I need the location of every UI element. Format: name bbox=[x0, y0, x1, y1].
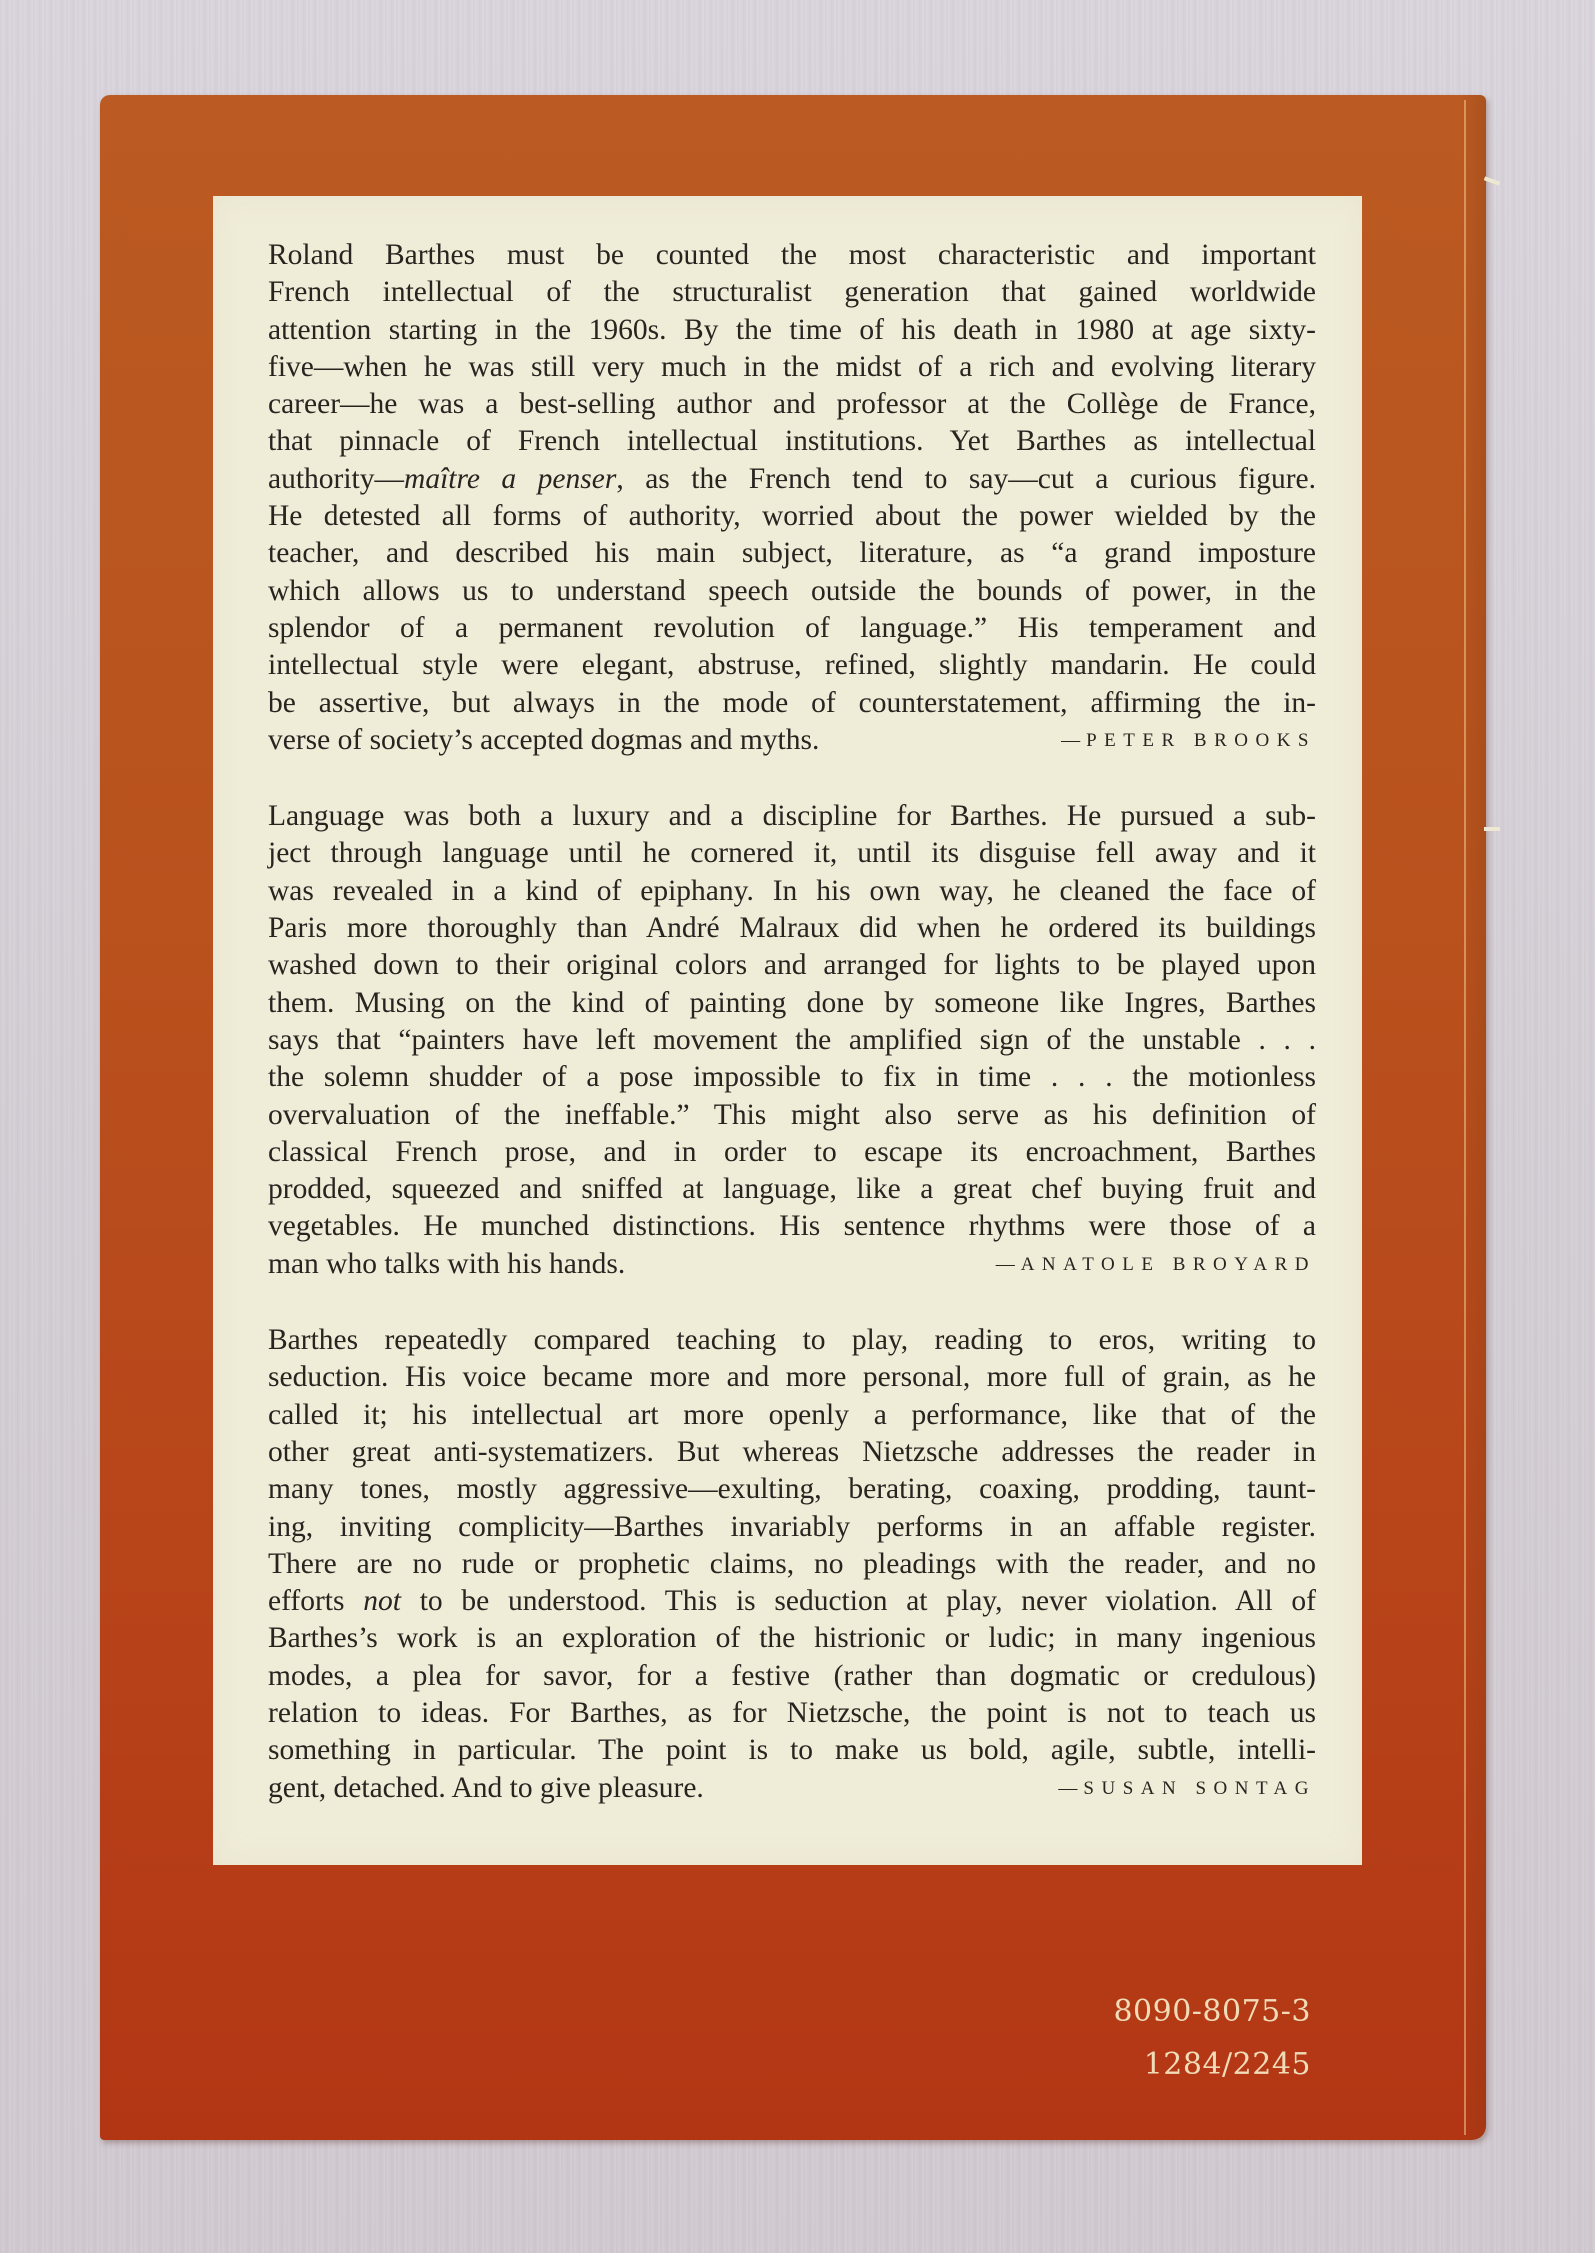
text-line: modes, a plea for savor, for a festive (… bbox=[268, 1658, 1316, 1695]
line-text: relation to ideas. For Barthes, as for N… bbox=[268, 1695, 1316, 1732]
line-text: ing, inviting complicity—Barthes invaria… bbox=[268, 1509, 1316, 1546]
text-line: authority—maître a penser, as the French… bbox=[268, 461, 1316, 498]
text-line: the solemn shudder of a pose impossible … bbox=[268, 1059, 1316, 1096]
line-text: says that “painters have left movement t… bbox=[268, 1022, 1316, 1059]
line-text: He detested all forms of authority, worr… bbox=[268, 498, 1316, 535]
text-line: vegetables. He munched distinctions. His… bbox=[268, 1208, 1316, 1245]
line-text: Barthes’s work is an exploration of the … bbox=[268, 1620, 1316, 1657]
text-line: classical French prose, and in order to … bbox=[268, 1134, 1316, 1171]
text-line: career—he was a best-selling author and … bbox=[268, 386, 1316, 423]
text-line: called it; his intellectual art more ope… bbox=[268, 1397, 1316, 1434]
line-text: was revealed in a kind of epiphany. In h… bbox=[268, 873, 1316, 910]
line-text: vegetables. He munched distinctions. His… bbox=[268, 1208, 1316, 1245]
line-text: be assertive, but always in the mode of … bbox=[268, 685, 1316, 722]
line-text: Roland Barthes must be counted the most … bbox=[268, 237, 1316, 274]
line-text: intellectual style were elegant, abstrus… bbox=[268, 647, 1316, 684]
text-line: Language was both a luxury and a discipl… bbox=[268, 798, 1316, 835]
text-line: overvaluation of the ineffable.” This mi… bbox=[268, 1097, 1316, 1134]
text-line: that pinnacle of French intellectual ins… bbox=[268, 423, 1316, 460]
text-line: prodded, squeezed and sniffed at languag… bbox=[268, 1171, 1316, 1208]
attribution: —ANATOLE BROYARD bbox=[996, 1246, 1316, 1285]
line-text: prodded, squeezed and sniffed at languag… bbox=[268, 1171, 1316, 1208]
text-line: relation to ideas. For Barthes, as for N… bbox=[268, 1695, 1316, 1732]
line-text: washed down to their original colors and… bbox=[268, 947, 1316, 984]
text-line: Barthes’s work is an exploration of the … bbox=[268, 1620, 1316, 1657]
text-line: Roland Barthes must be counted the most … bbox=[268, 237, 1316, 274]
text-line: something in particular. The point is to… bbox=[268, 1732, 1316, 1769]
text-line: He detested all forms of authority, worr… bbox=[268, 498, 1316, 535]
text-line: man who talks with his hands.—ANATOLE BR… bbox=[268, 1246, 1316, 1285]
line-text: ject through language until he cornered … bbox=[268, 835, 1316, 872]
line-text: many tones, mostly aggressive—exulting, … bbox=[268, 1471, 1316, 1508]
line-text: called it; his intellectual art more ope… bbox=[268, 1397, 1316, 1434]
line-text: the solemn shudder of a pose impossible … bbox=[268, 1059, 1316, 1096]
line-text: gent, detached. And to give pleasure. bbox=[268, 1770, 704, 1809]
line-text: verse of society’s accepted dogmas and m… bbox=[268, 722, 819, 761]
line-text: Barthes repeatedly compared teaching to … bbox=[268, 1322, 1316, 1359]
line-text: that pinnacle of French intellectual ins… bbox=[268, 423, 1316, 460]
text-line: intellectual style were elegant, abstrus… bbox=[268, 647, 1316, 684]
isbn-number: 8090-8075-3 bbox=[1113, 1985, 1311, 2038]
line-text: modes, a plea for savor, for a festive (… bbox=[268, 1658, 1316, 1695]
jacket-wear-mark bbox=[1484, 176, 1500, 185]
line-text: efforts not to be understood. This is se… bbox=[268, 1583, 1316, 1620]
text-line: teacher, and described his main subject,… bbox=[268, 535, 1316, 572]
line-text: There are no rude or prophetic claims, n… bbox=[268, 1546, 1316, 1583]
text-line: French intellectual of the structuralist… bbox=[268, 274, 1316, 311]
text-line: Barthes repeatedly compared teaching to … bbox=[268, 1322, 1316, 1359]
line-text: which allows us to understand speech out… bbox=[268, 573, 1316, 610]
line-text: other great anti-systematizers. But wher… bbox=[268, 1434, 1316, 1471]
line-text: teacher, and described his main subject,… bbox=[268, 535, 1316, 572]
line-text: man who talks with his hands. bbox=[268, 1246, 625, 1285]
blurb-anatole-broyard: Language was both a luxury and a discipl… bbox=[268, 798, 1316, 1285]
blurb-susan-sontag: Barthes repeatedly compared teaching to … bbox=[268, 1322, 1316, 1809]
text-line: efforts not to be understood. This is se… bbox=[268, 1583, 1316, 1620]
line-text: Language was both a luxury and a discipl… bbox=[268, 798, 1316, 835]
line-text: Paris more thoroughly than André Malraux… bbox=[268, 910, 1316, 947]
text-line: verse of society’s accepted dogmas and m… bbox=[268, 722, 1316, 761]
text-line: was revealed in a kind of epiphany. In h… bbox=[268, 873, 1316, 910]
text-line: Paris more thoroughly than André Malraux… bbox=[268, 910, 1316, 947]
text-line: be assertive, but always in the mode of … bbox=[268, 685, 1316, 722]
text-line: gent, detached. And to give pleasure.—SU… bbox=[268, 1770, 1316, 1809]
text-line: other great anti-systematizers. But wher… bbox=[268, 1434, 1316, 1471]
blurb-peter-brooks: Roland Barthes must be counted the most … bbox=[268, 237, 1316, 761]
line-text: five—when he was still very much in the … bbox=[268, 349, 1316, 386]
line-text: seduction. His voice became more and mor… bbox=[268, 1359, 1316, 1396]
attribution: —PETER BROOKS bbox=[1061, 722, 1316, 761]
jacket-wear-mark bbox=[1484, 827, 1500, 831]
line-text: career—he was a best-selling author and … bbox=[268, 386, 1316, 423]
line-text: splendor of a permanent revolution of la… bbox=[268, 610, 1316, 647]
line-text: French intellectual of the structuralist… bbox=[268, 274, 1316, 311]
line-text: classical French prose, and in order to … bbox=[268, 1134, 1316, 1171]
spine-fold-line bbox=[1464, 100, 1466, 2135]
text-line: washed down to their original colors and… bbox=[268, 947, 1316, 984]
blurb-content: Roland Barthes must be counted the most … bbox=[268, 237, 1316, 1809]
text-line: them. Musing on the kind of painting don… bbox=[268, 985, 1316, 1022]
text-line: which allows us to understand speech out… bbox=[268, 573, 1316, 610]
text-line: ject through language until he cornered … bbox=[268, 835, 1316, 872]
text-line: many tones, mostly aggressive—exulting, … bbox=[268, 1471, 1316, 1508]
line-text: authority—maître a penser, as the French… bbox=[268, 461, 1316, 498]
line-text: something in particular. The point is to… bbox=[268, 1732, 1316, 1769]
attribution: —SUSAN SONTAG bbox=[1058, 1770, 1316, 1809]
text-line: says that “painters have left movement t… bbox=[268, 1022, 1316, 1059]
line-text: overvaluation of the ineffable.” This mi… bbox=[268, 1097, 1316, 1134]
line-text: attention starting in the 1960s. By the … bbox=[268, 312, 1316, 349]
text-line: splendor of a permanent revolution of la… bbox=[268, 610, 1316, 647]
text-line: attention starting in the 1960s. By the … bbox=[268, 312, 1316, 349]
text-line: seduction. His voice became more and mor… bbox=[268, 1359, 1316, 1396]
text-line: There are no rude or prophetic claims, n… bbox=[268, 1546, 1316, 1583]
text-line: ing, inviting complicity—Barthes invaria… bbox=[268, 1509, 1316, 1546]
catalog-number: 1284/2245 bbox=[1113, 2038, 1311, 2091]
text-line: five—when he was still very much in the … bbox=[268, 349, 1316, 386]
line-text: them. Musing on the kind of painting don… bbox=[268, 985, 1316, 1022]
catalog-codes: 8090-8075-3 1284/2245 bbox=[1113, 1985, 1311, 2091]
